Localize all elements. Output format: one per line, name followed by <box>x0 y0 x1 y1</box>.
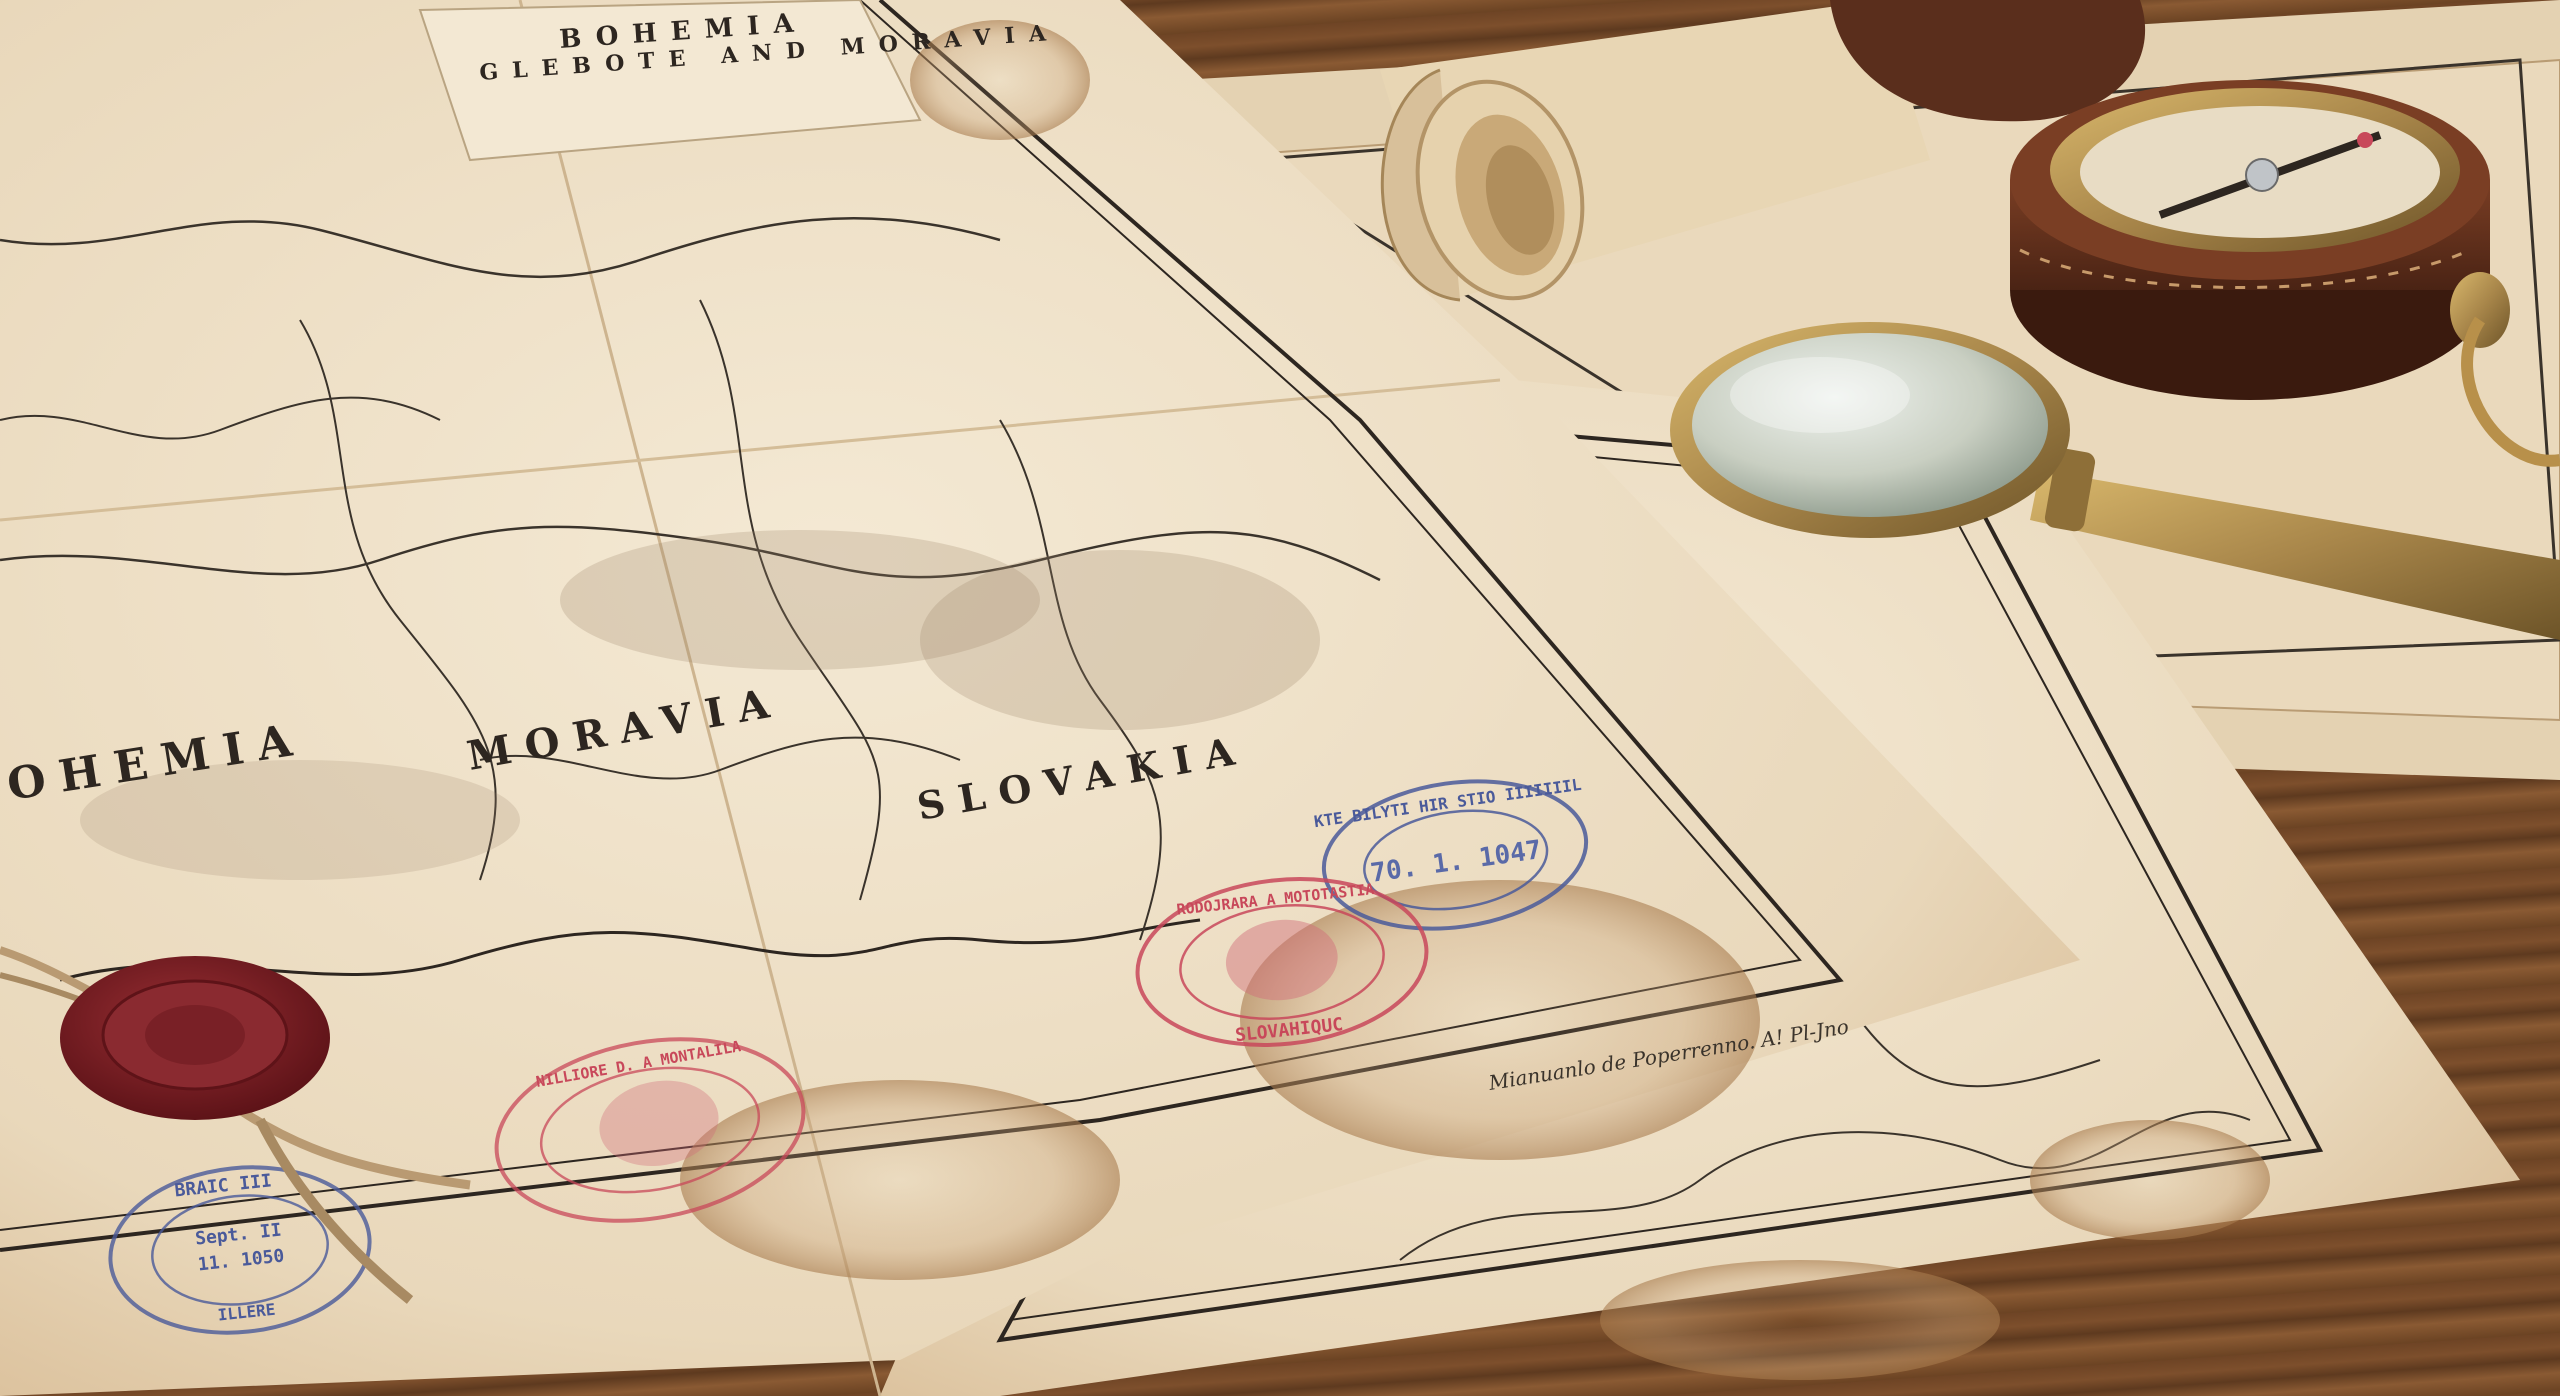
scene-svg: BOHEMIA GLEBOTE AND MORAVIA OHEMIA MORAV… <box>0 0 2560 1396</box>
photo-scene: BOHEMIA GLEBOTE AND MORAVIA OHEMIA MORAV… <box>0 0 2560 1396</box>
